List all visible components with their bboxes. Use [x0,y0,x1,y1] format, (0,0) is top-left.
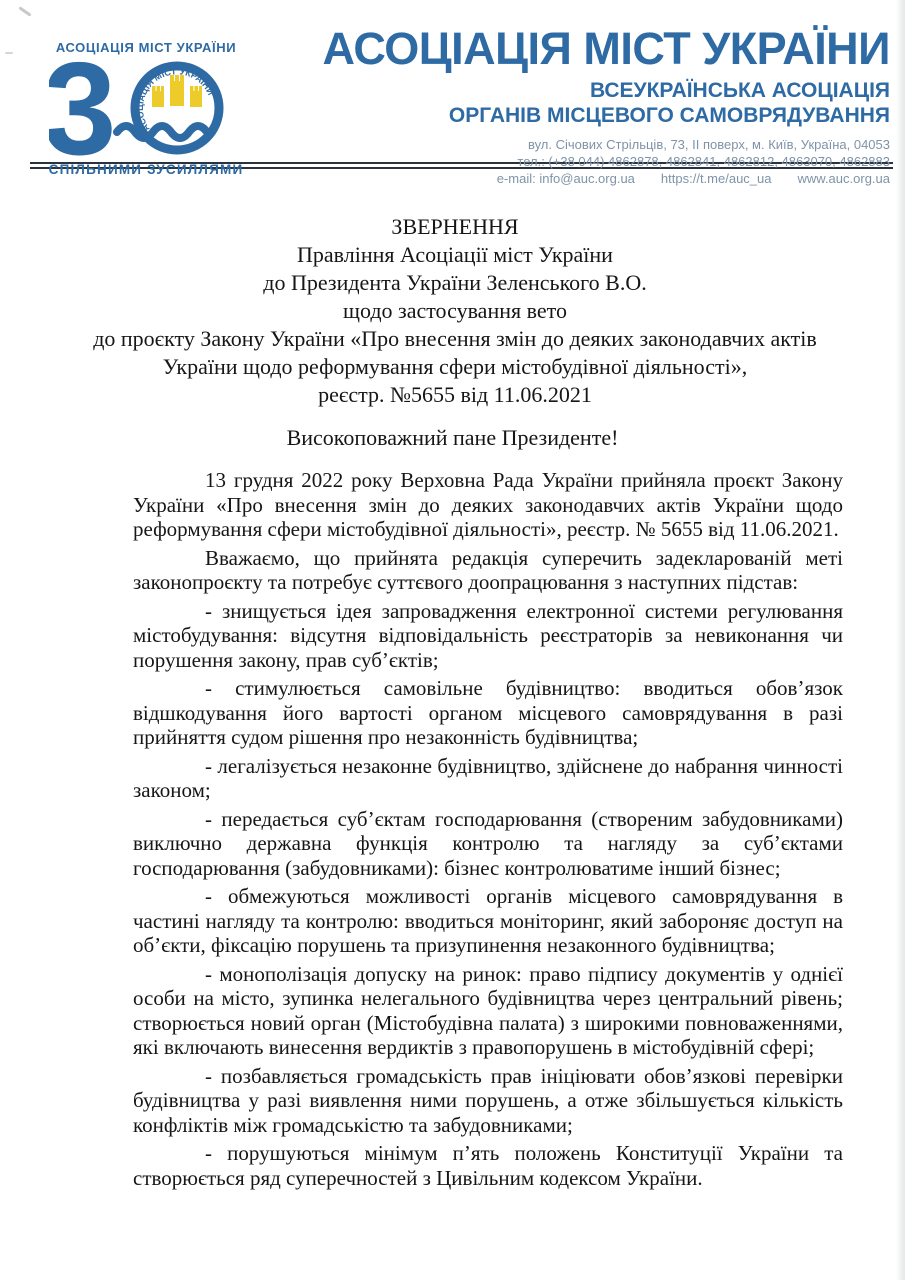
logo-30-svg: 3 АСОЦІАЦІЯ МІСТ УКРАЇНИ [49,56,244,160]
org-name: АСОЦІАЦІЯ МІСТ УКРАЇНИ [323,26,890,71]
body-paragraph: Вважаємо, що прийнята редакція суперечит… [133,546,843,595]
org-subtitle-line2: ОРГАНІВ МІСЦЕВОГО САМОВРЯДУВАННЯ [323,103,890,128]
org-subtitle-line1: ВСЕУКРАЇНСЬКА АСОЦІАЦІЯ [323,78,890,103]
letter-title-line: України щодо реформування сфери містобуд… [60,353,850,381]
letter-title-block: ЗВЕРНЕННЯПравління Асоціації міст Україн… [60,213,850,409]
logo-top-label: АСОЦІАЦІЯ МІСТ УКРАЇНИ [46,40,246,55]
letter-content: ЗВЕРНЕННЯПравління Асоціації міст Україн… [0,213,905,1190]
body-paragraph: - стимулюється самовільне будівництво: в… [133,676,843,750]
body-paragraph: - порушуються мінімум п’ять положень Кон… [133,1141,843,1190]
org-contact-item: https://t.me/auc_ua [661,170,772,187]
org-logo: АСОЦІАЦІЯ МІСТ УКРАЇНИ 3 АСОЦІАЦІЯ МІСТ … [46,40,246,177]
body-paragraph: 13 грудня 2022 року Верховна Рада Україн… [133,468,843,542]
body-paragraph: - знищується ідея запровадження електрон… [133,599,843,673]
logo-bottom-label: СПІЛЬНИМИ ЗУСИЛЛЯМИ [46,162,246,177]
org-address: вул. Січових Стрільців, 73, ІІ поверх, м… [323,136,890,153]
body-paragraph: - монополізація допуску на ринок: право … [133,962,843,1060]
body-paragraph: - легалізується незаконне будівництво, з… [133,754,843,803]
letterhead: АСОЦІАЦІЯ МІСТ УКРАЇНИ 3 АСОЦІАЦІЯ МІСТ … [0,0,905,150]
letter-salutation: Високоповажний пане Президенте! [0,425,905,451]
logo-30-anniversary-mark: 3 АСОЦІАЦІЯ МІСТ УКРАЇНИ [46,56,246,160]
letter-title-line: ЗВЕРНЕННЯ [60,213,850,241]
body-paragraph: - позбавляється громадськість прав ініці… [133,1064,843,1138]
org-phones: тел.: (+38 044) 4862878, 4862841, 486281… [323,153,890,170]
letter-title-line: до проєкту Закону України «Про внесення … [60,325,850,353]
logo-digit-3: 3 [49,56,116,160]
body-paragraph: - передається суб’єктам господарювання (… [133,807,843,881]
letter-title-line: реєстр. №5655 від 11.06.2021 [60,381,850,409]
body-paragraph: - обмежуються можливості органів місцево… [133,884,843,958]
org-header-block: АСОЦІАЦІЯ МІСТ УКРАЇНИ ВСЕУКРАЇНСЬКА АСО… [323,26,890,187]
letter-title-line: Правління Асоціації міст України [60,241,850,269]
org-contact-item: e-mail: info@auc.org.ua [497,170,635,187]
org-contact-links: e-mail: info@auc.org.uahttps://t.me/auc_… [323,170,890,187]
letter-title-line: щодо застосування вето [60,297,850,325]
org-contact-item: www.auc.org.ua [798,170,891,187]
letter-body: 13 грудня 2022 року Верховна Рада Україн… [133,468,843,1190]
wave-icon [117,126,207,138]
letter-title-line: до Президента України Зеленського В.О. [60,269,850,297]
